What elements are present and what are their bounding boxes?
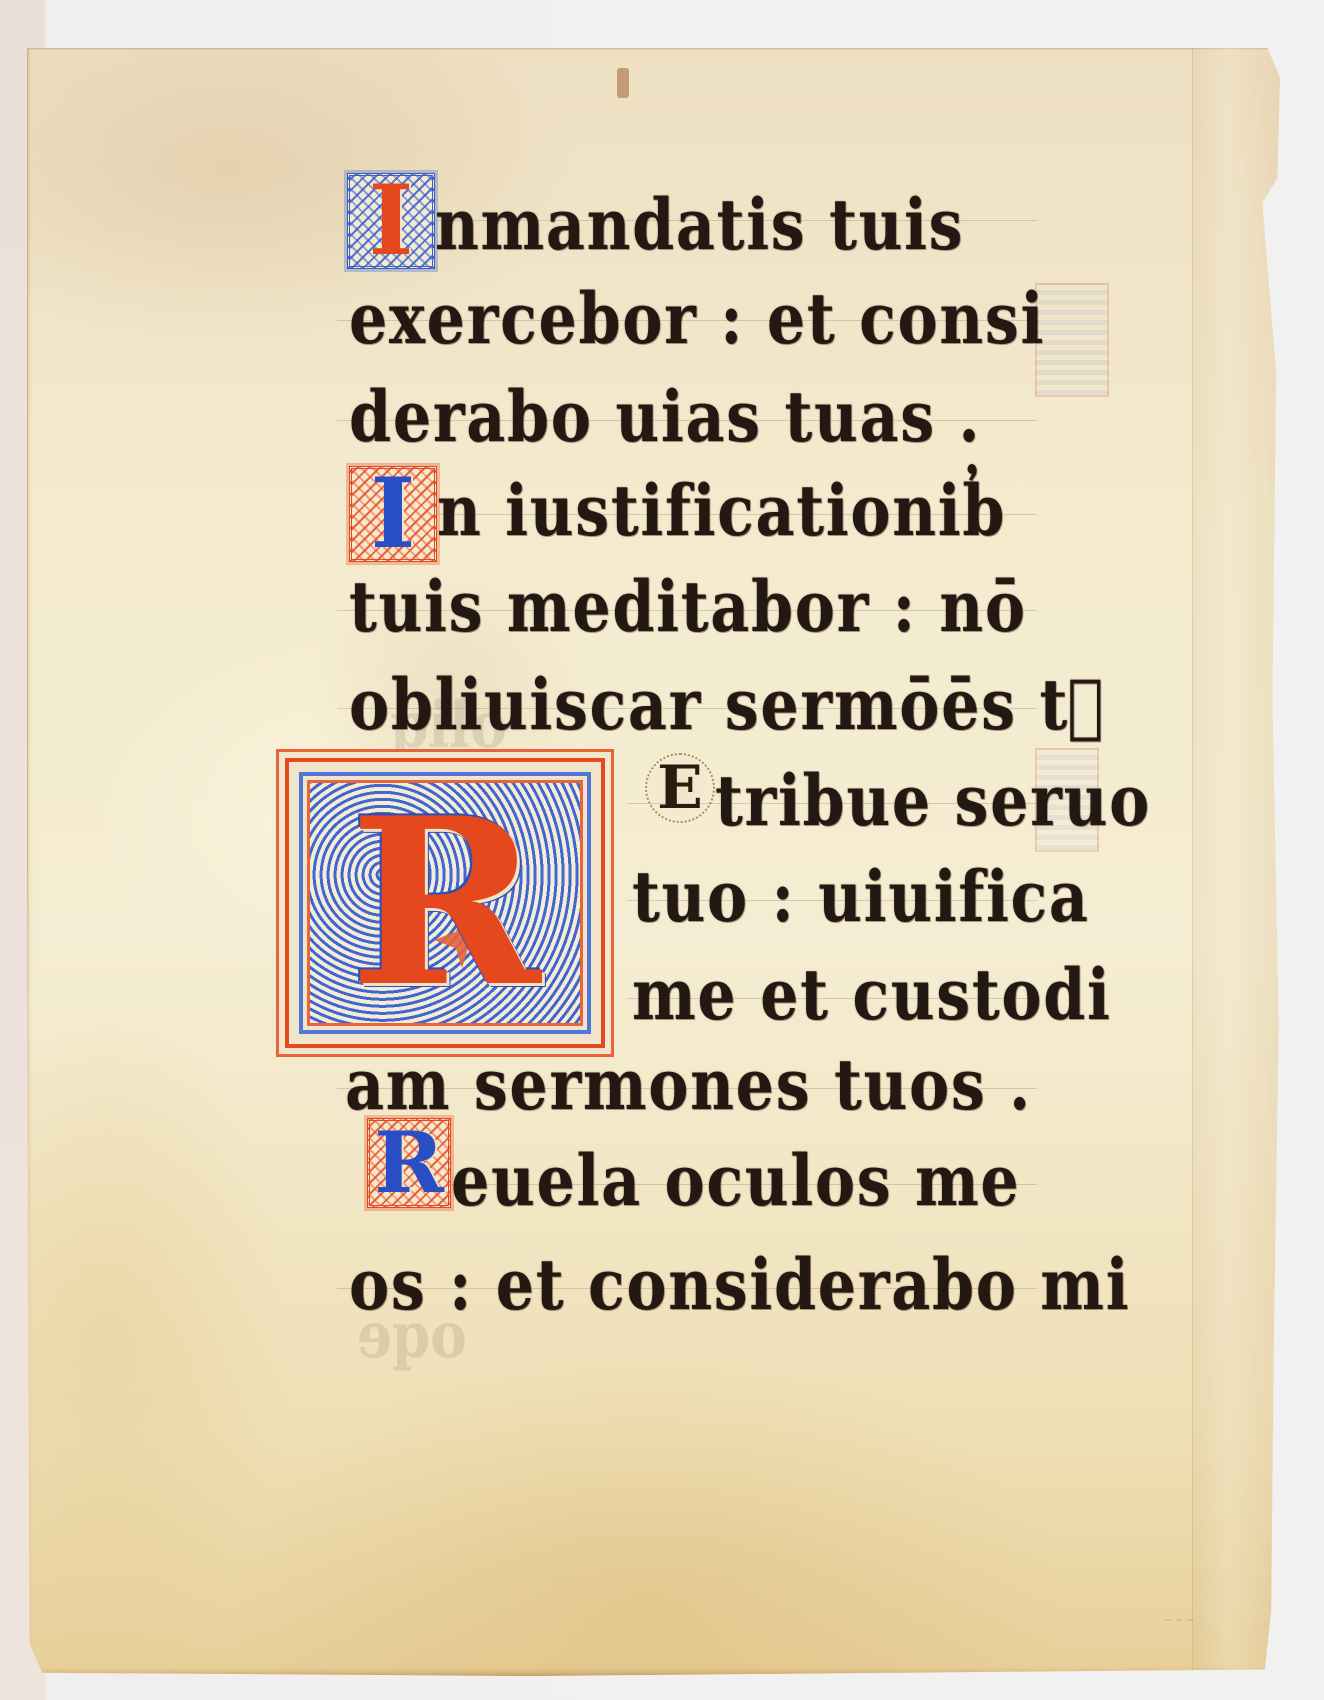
text-line-6: obliuiscar sermōēs tᷘ bbox=[349, 670, 1105, 740]
text-line-10: am sermones tuos . bbox=[345, 1050, 1032, 1120]
text-line-8: tuo : uiuifica bbox=[632, 862, 1090, 932]
text-line-4: n iustificationib̓ bbox=[437, 476, 1006, 546]
text-line-12: os : et considerabo mi bbox=[349, 1250, 1130, 1320]
text-line-7: tribue seruo bbox=[715, 766, 1151, 836]
pencil-notation: – – – bbox=[1165, 1614, 1194, 1626]
text-line-11: euela oculos me bbox=[451, 1146, 1020, 1216]
parchment-leaf: oliq oqe I I R E R nmandatis tuis exerce… bbox=[27, 48, 1285, 1676]
text-line-2: exercebor : et consi bbox=[349, 284, 1045, 354]
text-line-9: me et custodi bbox=[632, 960, 1112, 1030]
text-block: nmandatis tuis exercebor : et consi dera… bbox=[27, 48, 1285, 1676]
text-line-1: nmandatis tuis bbox=[435, 190, 964, 260]
text-line-5: tuis meditabor : nō bbox=[349, 572, 1027, 642]
text-line-3: derabo uias tuas . bbox=[349, 382, 981, 452]
